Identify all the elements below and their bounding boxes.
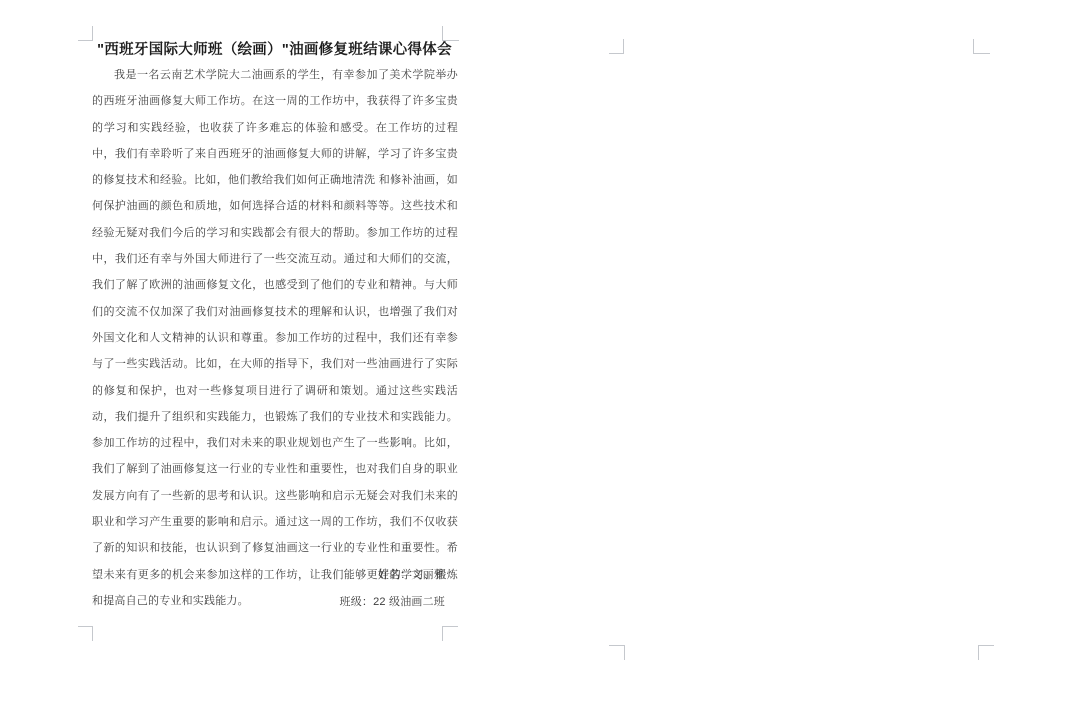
- signature-class: 班级：22 级油画二班: [92, 589, 445, 616]
- paragraph: 我是一名云南艺术学院大二油画系的学生，有幸参加了美术学院举办的西班牙油画修复大师…: [92, 62, 458, 614]
- margin-crop-mark-bottom-right: [442, 626, 458, 641]
- margin-crop-mark-bottom-left: [609, 645, 625, 660]
- margin-crop-mark-top-left: [78, 26, 93, 41]
- signature-name: 姓名：文丽雅: [92, 562, 445, 589]
- signature-block-left: 姓名：文丽雅 班级：22 级油画二班: [92, 562, 445, 616]
- document-canvas: "西班牙国际大师班（绘画）"油画修复班结课心得体会 我是一名云南艺术学院大二油画…: [0, 0, 1080, 702]
- page-left: "西班牙国际大师班（绘画）"油画修复班结课心得体会 我是一名云南艺术学院大二油画…: [0, 0, 540, 702]
- margin-crop-mark-top-left: [609, 39, 624, 54]
- page-right: "西班牙国际大师班（绘画)"油画修复班结课心得体会 在这一次的大师班学习中，我们…: [540, 0, 1080, 702]
- margin-crop-mark-top-right: [442, 26, 459, 41]
- margin-crop-mark-bottom-left: [78, 626, 93, 641]
- margin-crop-mark-bottom-right: [978, 645, 994, 660]
- document-title-left: "西班牙国际大师班（绘画）"油画修复班结课心得体会: [92, 40, 457, 60]
- margin-crop-mark-top-right: [973, 39, 990, 54]
- document-body-left: 我是一名云南艺术学院大二油画系的学生，有幸参加了美术学院举办的西班牙油画修复大师…: [92, 62, 458, 614]
